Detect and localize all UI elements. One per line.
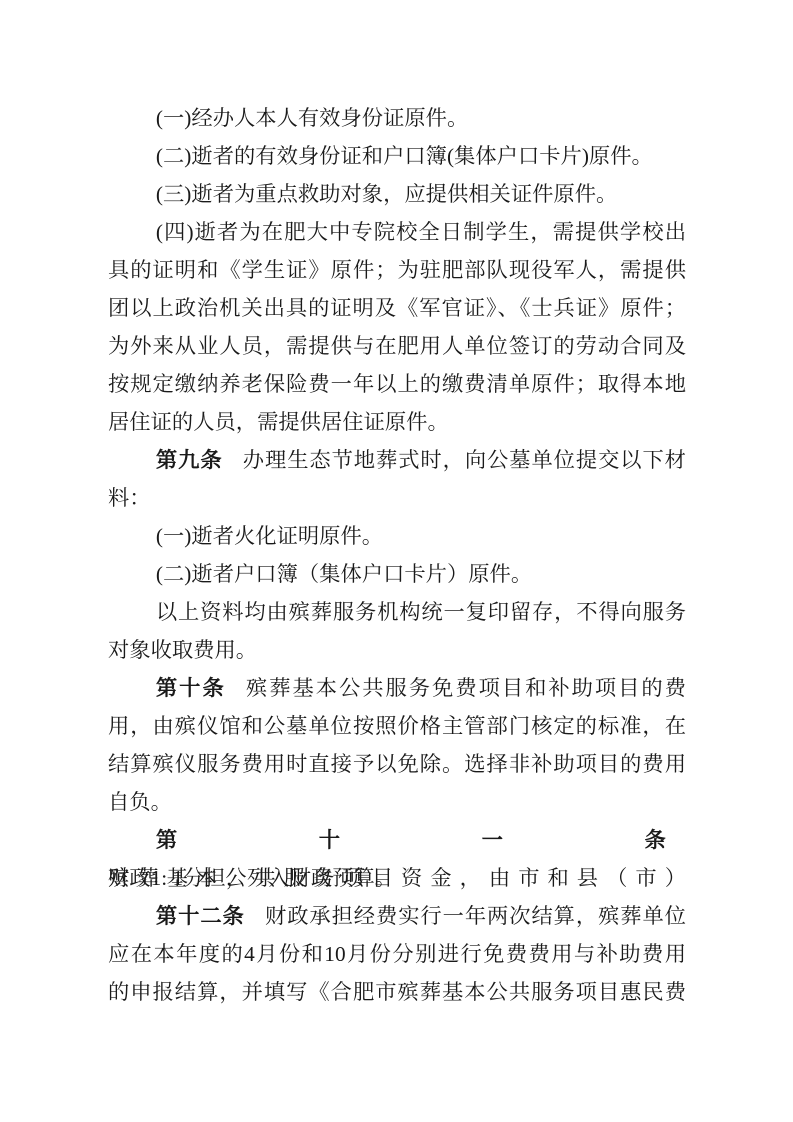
doc-line: (三)逝者为重点救助对象，应提供相关证件原件。 — [108, 175, 686, 213]
doc-line: (二)逝者的有效身份证和户口簿(集体户口卡片)原件。 — [108, 137, 686, 175]
line-text: 用，由殡仪馆和公墓单位按照价格主管部门核定的标准，在 — [108, 714, 686, 738]
doc-line: (四)逝者为在肥大中专院校全日制学生，需提供学校出 — [108, 213, 686, 251]
line-text: 为外来从业人员，需提供与在肥用人单位签订的劳动合同及 — [108, 334, 686, 358]
doc-line: 的申报结算，并填写《合肥市殡葬基本公共服务项目惠民费 — [108, 973, 686, 1011]
doc-line: 具的证明和《学生证》原件；为驻肥部队现役军人，需提供 — [108, 251, 686, 289]
line-text: 具的证明和《学生证》原件；为驻肥部队现役军人，需提供 — [108, 258, 686, 282]
doc-line: (一)经办人本人有效身份证原件。 — [108, 99, 686, 137]
doc-line: 自负。 — [108, 783, 686, 821]
doc-line: 第九条办理生态节地葬式时，向公墓单位提交以下材 — [108, 441, 686, 479]
doc-line: 第十二条财政承担经费实行一年两次结算，殡葬单位 — [108, 897, 686, 935]
line-text: 料： — [108, 486, 151, 510]
line-text: (二)逝者的有效身份证和户口簿(集体户口卡片)原件。 — [156, 144, 653, 168]
section-label-article-10: 第十条 — [156, 676, 226, 700]
line-text: 以上资料均由殡葬服务机构统一复印留存，不得向服务 — [156, 600, 686, 624]
line-text: 财政1: 1分担，列入财政预算。 — [108, 866, 396, 890]
line-text: (一)逝者火化证明原件。 — [156, 524, 383, 548]
line-text: 办理生态节地葬式时，向公墓单位提交以下材 — [243, 448, 686, 472]
doc-line: 第十条殡葬基本公共服务免费项目和补助项目的费 — [108, 669, 686, 707]
doc-line: (一)逝者火化证明原件。 — [108, 517, 686, 555]
doc-line: 对象收取费用。 — [108, 631, 686, 669]
section-label-article-11: 第十一条 — [156, 828, 666, 852]
section-label-article-12: 第十二条 — [156, 904, 245, 928]
doc-line: 以上资料均由殡葬服务机构统一复印留存，不得向服务 — [108, 593, 686, 631]
doc-line: 结算殡仪服务费用时直接予以免除。选择非补助项目的费用 — [108, 745, 686, 783]
doc-line: 居住证的人员，需提供居住证原件。 — [108, 403, 686, 441]
line-text: 应在本年度的4月份和10月份分别进行免费费用与补助费用 — [108, 942, 686, 966]
doc-line: 料： — [108, 479, 686, 517]
line-text: 按规定缴纳养老保险费一年以上的缴费清单原件；取得本地 — [108, 372, 686, 396]
line-text: (四)逝者为在肥大中专院校全日制学生，需提供学校出 — [156, 220, 686, 244]
doc-line: 按规定缴纳养老保险费一年以上的缴费清单原件；取得本地 — [108, 365, 686, 403]
line-text: 结算殡仪服务费用时直接予以免除。选择非补助项目的费用 — [108, 752, 686, 776]
line-text: 团以上政治机关出具的证明及《军官证》、《士兵证》原件； — [108, 296, 686, 320]
line-text: (二)逝者户口簿（集体户口卡片）原件。 — [156, 562, 532, 586]
line-text: 殡葬基本公共服务免费项目和补助项目的费 — [246, 676, 686, 700]
doc-line: 团以上政治机关出具的证明及《军官证》、《士兵证》原件； — [108, 289, 686, 327]
line-text: 的申报结算，并填写《合肥市殡葬基本公共服务项目惠民费 — [108, 980, 686, 1004]
doc-line: (二)逝者户口簿（集体户口卡片）原件。 — [108, 555, 686, 593]
doc-line: 为外来从业人员，需提供与在肥用人单位签订的劳动合同及 — [108, 327, 686, 365]
line-text: (三)逝者为重点救助对象，应提供相关证件原件。 — [156, 182, 617, 206]
doc-line: 第十一条殡葬基本公共服务项目资金，由市和县（市） — [108, 821, 686, 859]
line-text: 财政承担经费实行一年两次结算，殡葬单位 — [265, 904, 686, 928]
document-page: (一)经办人本人有效身份证原件。 (二)逝者的有效身份证和户口簿(集体户口卡片)… — [0, 0, 793, 1122]
line-text: 居住证的人员，需提供居住证原件。 — [108, 410, 449, 434]
line-text: 自负。 — [108, 790, 172, 814]
line-text: 对象收取费用。 — [108, 638, 257, 662]
section-label-article-9: 第九条 — [156, 448, 223, 472]
doc-line: 应在本年度的4月份和10月份分别进行免费费用与补助费用 — [108, 935, 686, 973]
line-text: (一)经办人本人有效身份证原件。 — [156, 106, 468, 130]
doc-line: 用，由殡仪馆和公墓单位按照价格主管部门核定的标准，在 — [108, 707, 686, 745]
